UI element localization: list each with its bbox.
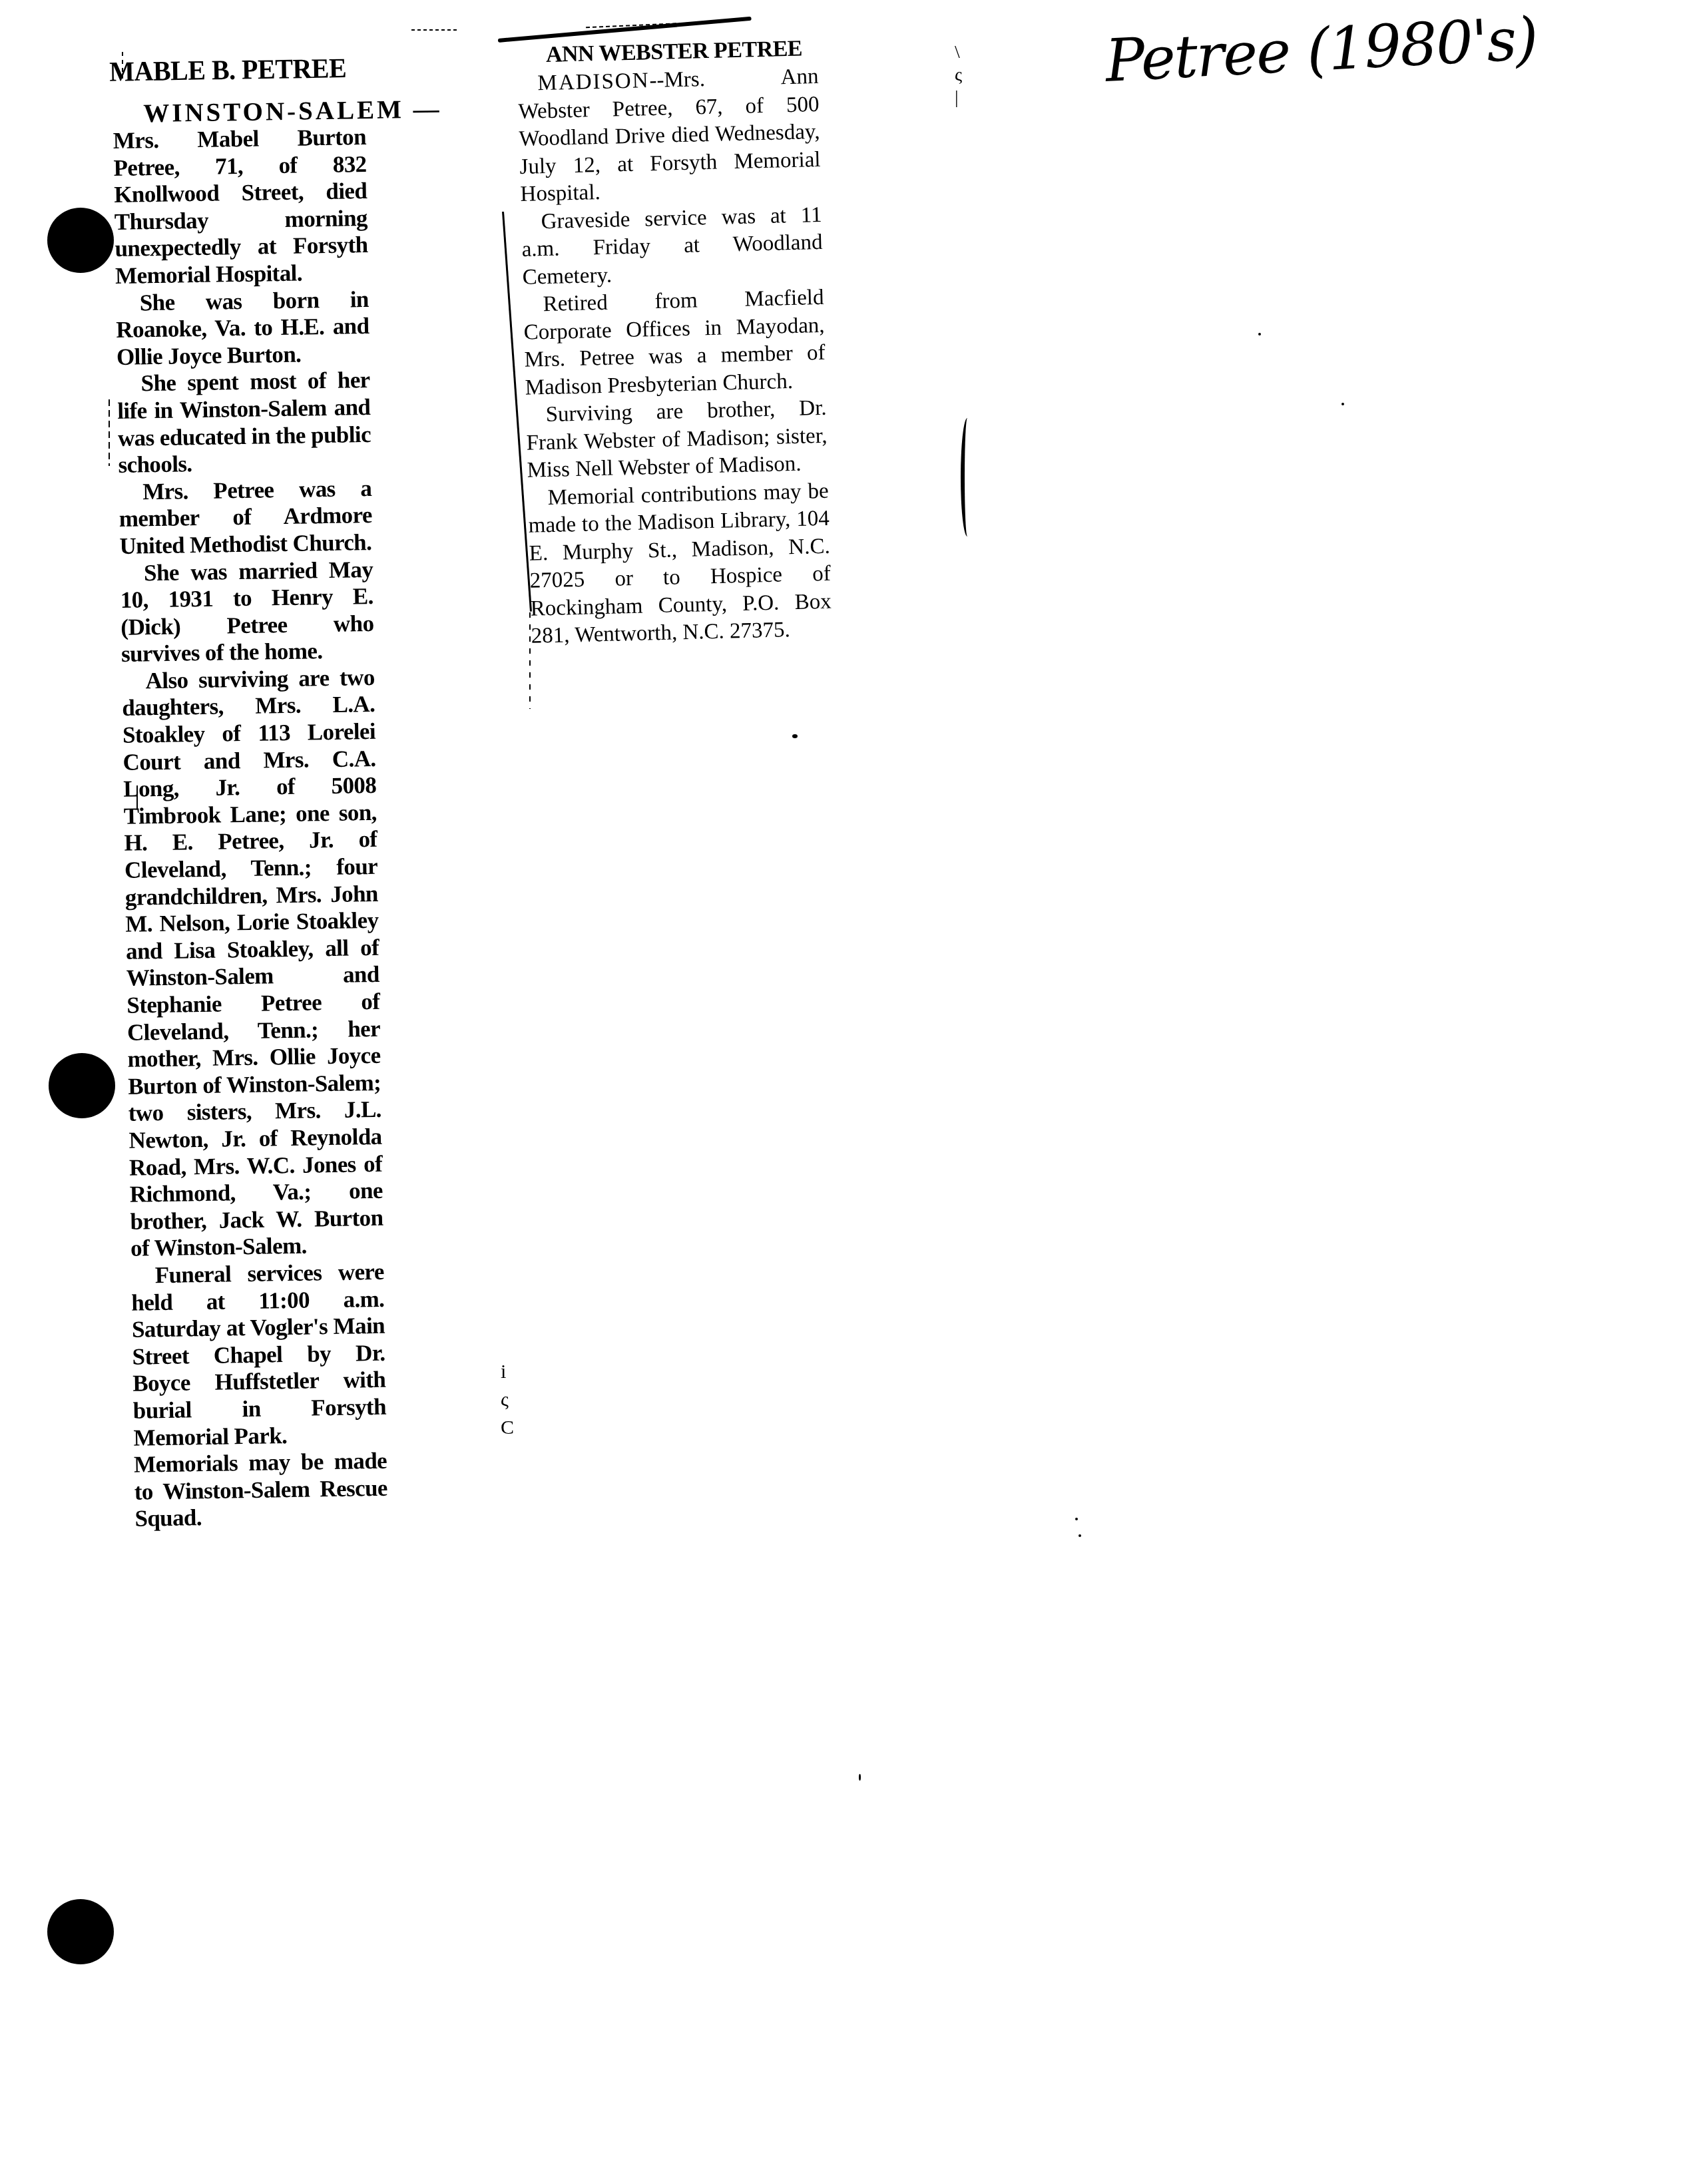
scan-speck [1079,1534,1081,1537]
obituary-paragraph: Graveside service was at 11 a.m. Friday … [521,201,824,292]
obituary-paragraph: Memorials may be made to Winston-Salem R… [134,1448,388,1533]
adjacent-column-fragment: iςC [501,1358,514,1442]
adjacent-column-fragment: \ς| [955,41,968,109]
obituary-paragraph: Retired from Macfield Corporate Offices … [523,284,826,402]
left-margin-dashes [109,399,110,466]
obituary-headline: MABLE B. PETREE [109,54,365,86]
obituary-paragraph: She was married May 10, 1931 to Henry E.… [120,556,375,668]
scan-speck [1075,1518,1078,1520]
clipping-edge-bracket [961,418,974,537]
punch-hole-middle [49,1053,115,1118]
obituary-paragraph: Funeral services were held at 11:00 a.m.… [130,1259,386,1452]
scan-speck [792,734,798,738]
punch-hole-top [47,208,114,273]
scan-speck [1258,333,1261,335]
obituary-paragraph: Surviving are brother, Dr. Frank Webster… [525,395,828,485]
scan-speck [859,1774,861,1781]
obituary-paragraph: Also surviving are two daughters, Mrs. L… [121,664,383,1263]
punch-hole-bottom [47,1899,114,1964]
obituary-mable-petree: MABLE B. PETREE WINSTON-SALEM — Mrs. Mab… [112,55,388,1533]
scanned-page: \ς| iςC Petree (1980's) MABLE B. PETREE … [0,0,1689,2184]
obituary-dateline: MADISON [537,69,650,95]
obituary-paragraph: Memorial contributions may be made to th… [527,477,832,650]
scan-artifact-dash [411,29,459,31]
scan-speck [1341,403,1344,405]
obituary-paragraph: MADISON--Mrs. Ann Webster Petree, 67, of… [517,63,822,208]
obituary-paragraph: She spent most of her life in Winston-Sa… [117,367,371,479]
obituary-paragraph: She was born in Roanoke, Va. to H.E. and… [115,286,369,371]
obituary-dateline: WINSTON-SALEM — [113,97,366,128]
handwritten-annotation: Petree (1980's) [1104,2,1539,98]
obituary-ann-petree: ANN WEBSTER PETREE MADISON--Mrs. Ann Web… [517,34,832,650]
obituary-paragraph: Mrs. Mabel Burton Petree, 71, of 832 Kno… [113,124,369,290]
obituary-paragraph: Mrs. Petree was a member of Ardmore Unit… [119,475,373,560]
